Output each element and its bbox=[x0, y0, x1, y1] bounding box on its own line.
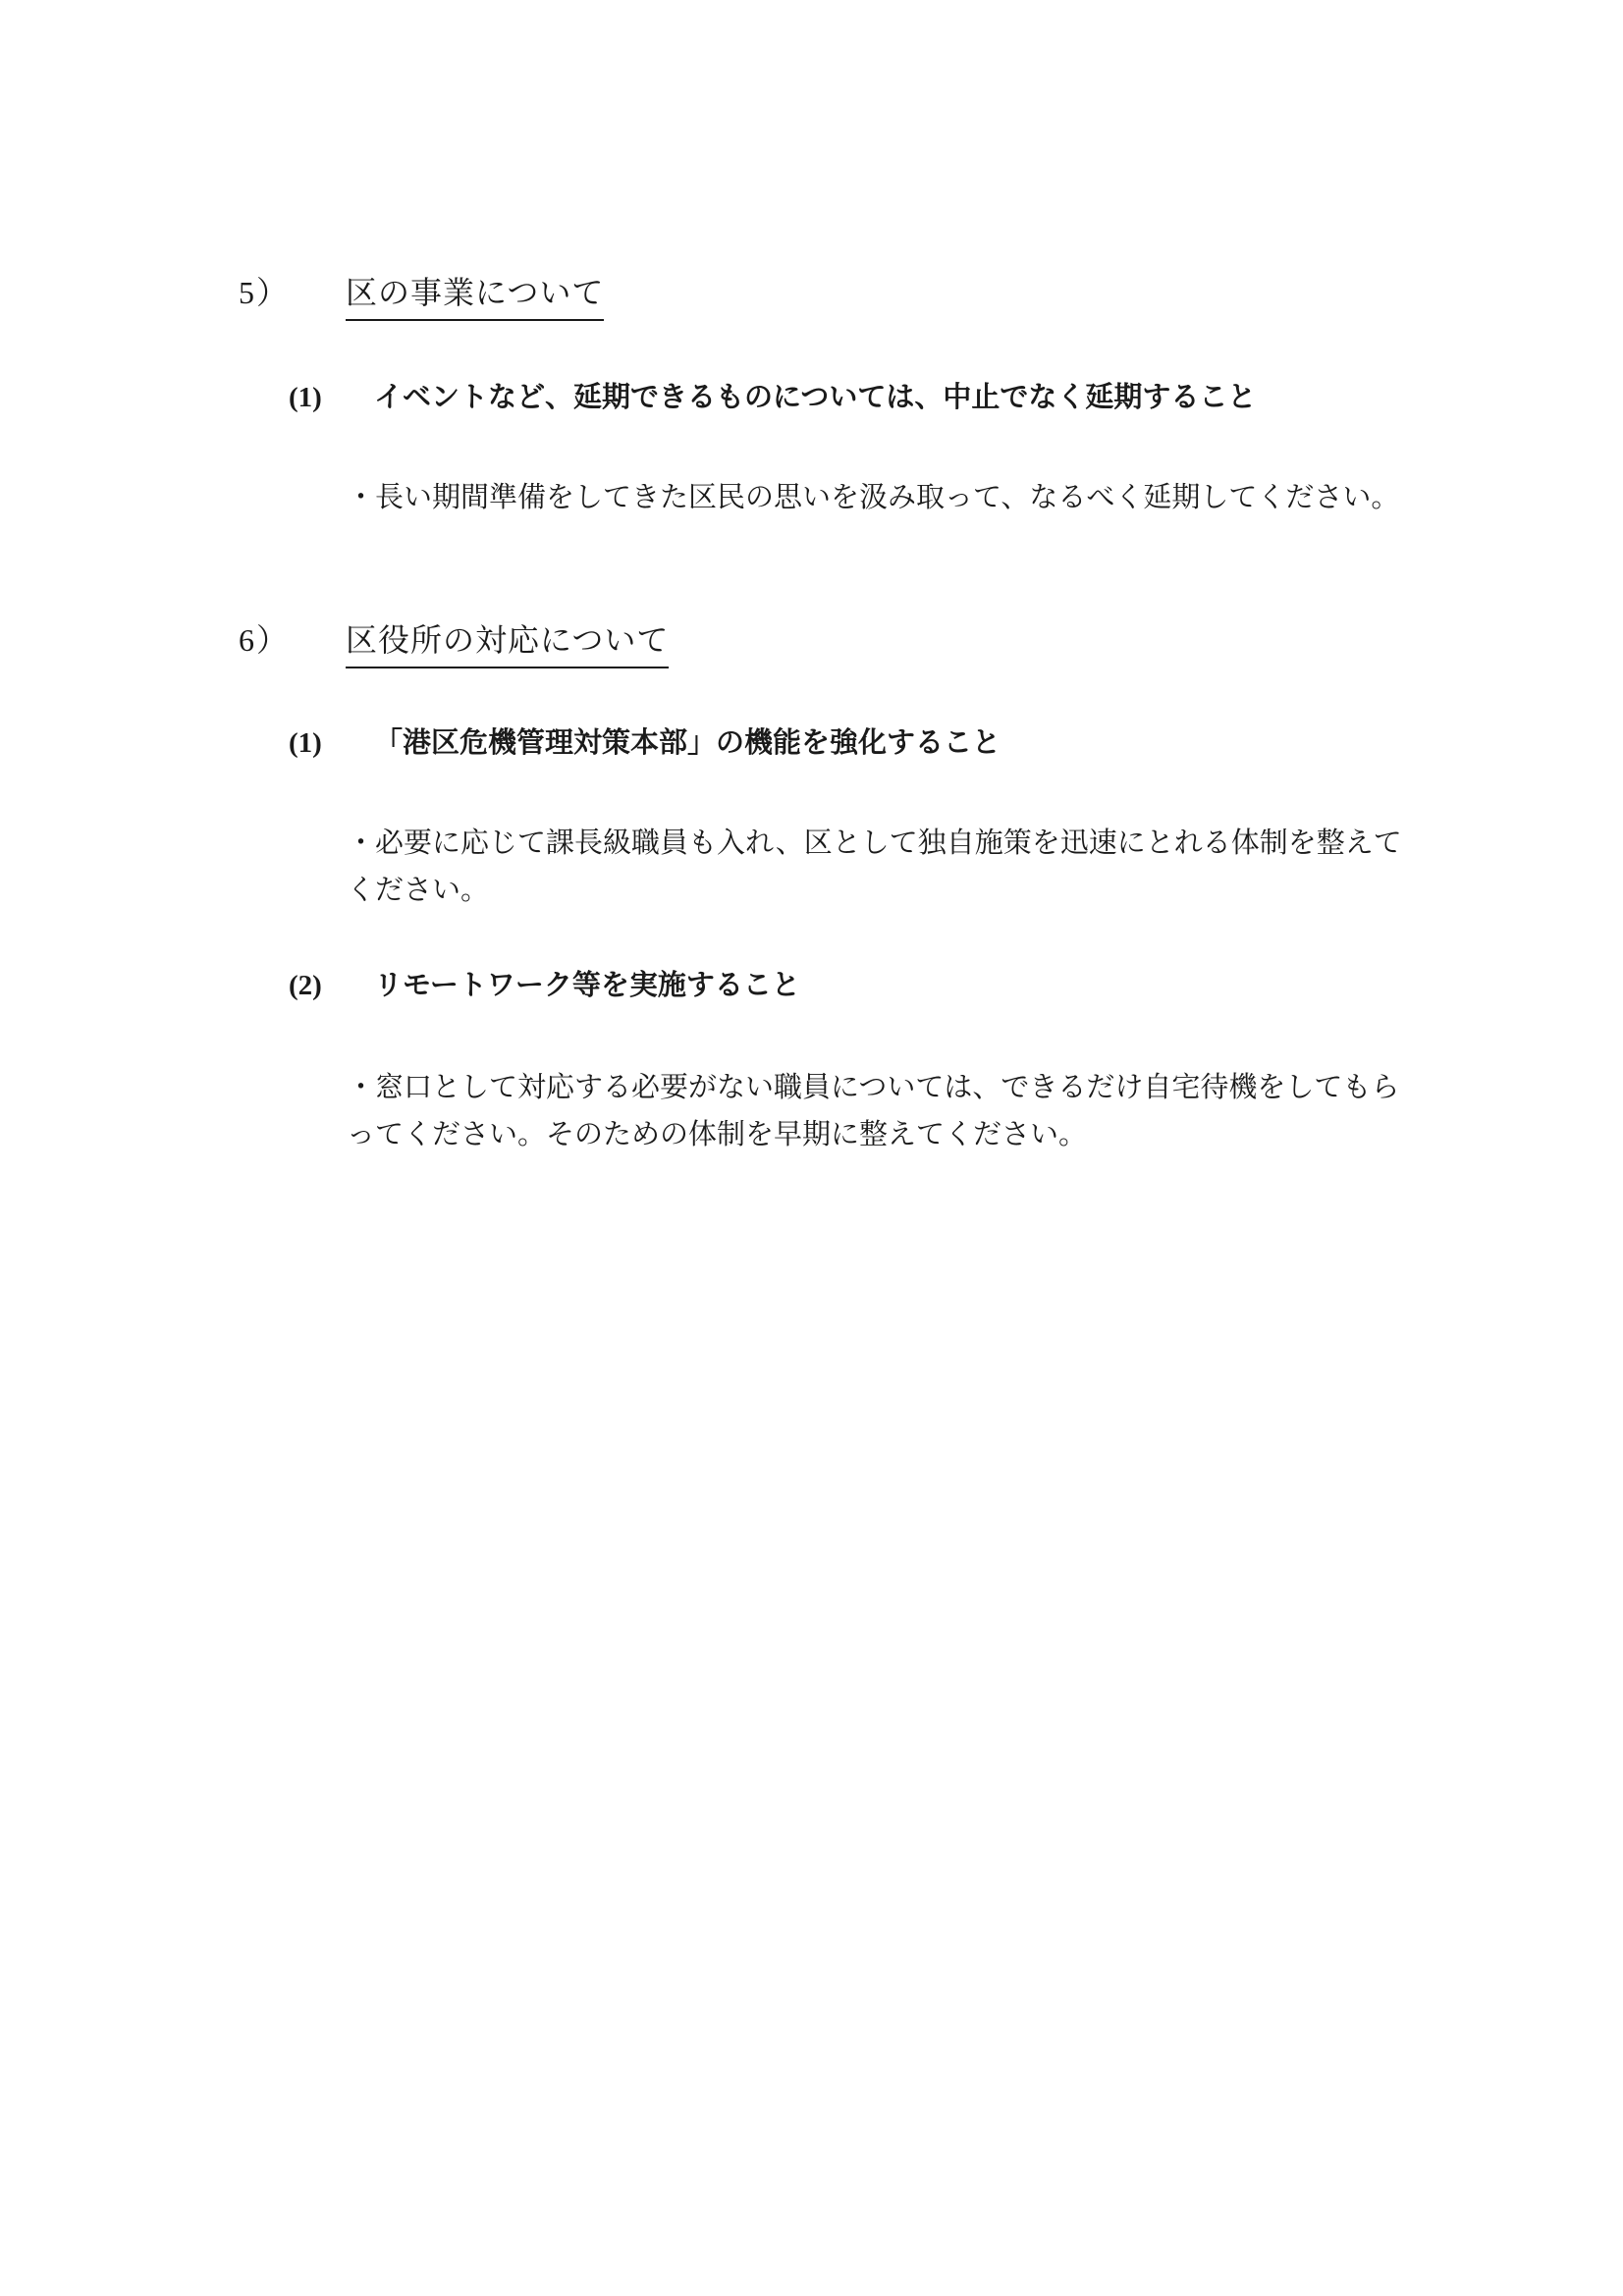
section-heading-6: 6）区役所の対応について bbox=[239, 616, 1623, 668]
item-title-text: イベントなど、延期できるものについては、中止でなく延期すること bbox=[374, 382, 1256, 413]
note-line: ・長い期間準備をしてきた区民の思いを汲み取って、なるべく延期してください。 bbox=[347, 474, 1623, 521]
section-title: 区役所の対応について bbox=[346, 616, 669, 668]
item-title-text: リモートワーク等を実施すること bbox=[374, 970, 800, 1001]
note-5-1: ・長い期間準備をしてきた区民の思いを汲み取って、なるべく延期してください。 bbox=[347, 474, 1623, 521]
item-title-6-2: (2)リモートワーク等を実施すること bbox=[289, 962, 1623, 1009]
item-title-6-1: (1)「港区危機管理対策本部」の機能を強化すること bbox=[289, 720, 1623, 767]
item-title-text: 「港区危機管理対策本部」の機能を強化すること bbox=[374, 727, 1001, 759]
document-page: 5）区の事業について (1)イベントなど、延期できるものについては、中止でなく延… bbox=[0, 0, 1623, 2296]
section-number: 5） bbox=[239, 269, 346, 316]
note-6-1: ・必要に応じて課長級職員も入れ、区として独自施策を迅速にとれる体制を整えて くだ… bbox=[347, 820, 1623, 914]
note-line: ・窓口として対応する必要がない職員については、できるだけ自宅待機をしてもら bbox=[347, 1064, 1623, 1111]
note-line: ・必要に応じて課長級職員も入れ、区として独自施策を迅速にとれる体制を整えて bbox=[347, 820, 1623, 867]
section-number: 6） bbox=[239, 616, 346, 664]
item-number: (2) bbox=[289, 962, 374, 1009]
section-title: 区の事業について bbox=[346, 269, 604, 321]
item-number: (1) bbox=[289, 720, 374, 767]
note-line: ください。 bbox=[347, 867, 1623, 914]
note-6-2: ・窓口として対応する必要がない職員については、できるだけ自宅待機をしてもら って… bbox=[347, 1064, 1623, 1158]
section-heading-5: 5）区の事業について bbox=[239, 269, 1623, 321]
note-line: ってください。そのための体制を早期に整えてください。 bbox=[347, 1111, 1623, 1158]
item-number: (1) bbox=[289, 374, 374, 421]
item-title-5-1: (1)イベントなど、延期できるものについては、中止でなく延期すること bbox=[289, 374, 1623, 421]
